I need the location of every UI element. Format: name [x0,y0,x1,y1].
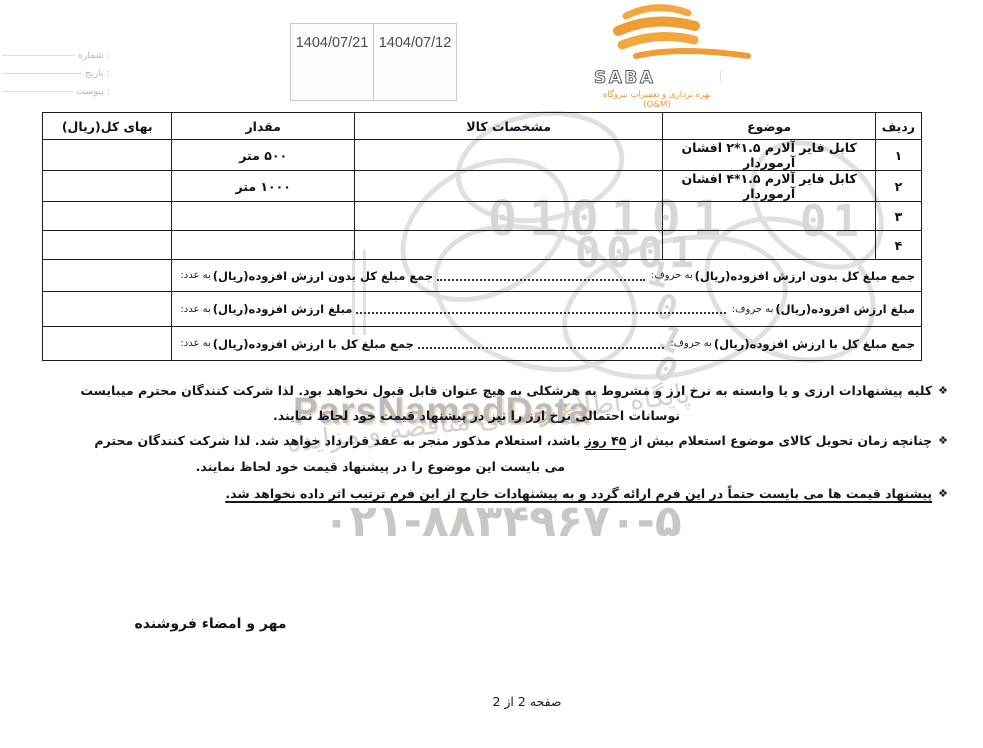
summary-label-digits: جمع مبلغ کل با ارزش افزوده(ریال) [213,337,414,351]
summary-label-words: جمع مبلغ کل با ارزش افزوده(ریال) [714,337,915,351]
col-header-specs: مشخصات کالا [354,113,662,140]
items-table: ردیف موضوع مشخصات کالا مقدار بهای کل(ریا… [42,112,922,361]
summary-row-total-without-vat: جمع مبلغ کل بدون ارزش افزوده(ریال) به حر… [43,260,922,292]
summary-amount-cell [43,327,172,361]
row-number-cell: ۴ [875,231,921,260]
specs-cell [354,140,662,171]
attachment-label: پیوست : [76,86,110,97]
saba-logo-swirl-icon [593,0,760,62]
subject-cell: کابل فایر آلارم ۱.۵*۲ افشان آرموردار [663,140,875,171]
row-number-cell: ۳ [875,202,921,231]
col-header-subject: موضوع [663,113,875,140]
summary-label-words: جمع مبلغ کل بدون ارزش افزوده(ریال) [695,269,915,283]
subject-cell: کابل فایر آلارم ۱.۵*۴ افشان آرموردار [663,171,875,202]
number-label: شماره : [78,50,110,61]
summary-words-suffix: به حروف: [651,270,693,281]
summary-amount-cell [43,260,172,292]
note-currency-line1: ❖کلیه پیشنهادات ارزی و یا وابسته به نرخ … [140,381,948,402]
specs-cell [354,171,662,202]
dotted-leader [356,312,725,314]
summary-row-vat: مبلغ ارزش افزوده(ریال) به حروف: مبلغ ارز… [43,292,922,327]
total-price-cell [43,202,172,231]
col-header-quantity: مقدار [172,113,355,140]
note-delivery-line2: می بایست این موضوع را در پیشنهاد قیمت خو… [285,457,565,477]
summary-words-suffix: به حروف: [732,304,774,315]
diamond-bullet-icon: ❖ [938,487,948,500]
table-row: ۱ کابل فایر آلارم ۱.۵*۲ افشان آرموردار ۵… [43,140,922,171]
summary-digits-suffix: به عدد: [180,338,210,349]
saba-brand-text: SABA صبـــا [593,66,721,88]
note-text: نوسانات احتمالی نرخ ارز را نیز در پیشنها… [273,408,680,423]
meta-row-date: تاریخ : [2,64,110,82]
quantity-cell [172,202,355,231]
note-underlined-days: ۴۵ روز [585,433,627,450]
note-delivery-line1: ❖چنانچه زمان تحویل کالای موضوع استعلام ب… [105,431,948,452]
summary-row-total-with-vat: جمع مبلغ کل با ارزش افزوده(ریال) به حروف… [43,327,922,361]
meta-line [2,73,82,74]
summary-label-digits: مبلغ ارزش افزوده(ریال) [213,302,353,316]
note-text: چنانچه زمان تحویل کالای موضوع استعلام بی… [626,433,932,448]
subject-cell [663,231,875,260]
quantity-cell [172,231,355,260]
note-text: می بایست این موضوع را در پیشنهاد قیمت خو… [196,459,565,474]
summary-cell: جمع مبلغ کل بدون ارزش افزوده(ریال) به حر… [172,260,922,292]
summary-amount-cell [43,292,172,327]
col-header-total-price: بهای کل(ریال) [43,113,172,140]
logo-tagline: بهره برداری و تعمیرات نیروگاه (O&M) [593,90,721,110]
date-box: 1404/07/21 1404/07/12 [290,23,457,101]
col-header-row-number: ردیف [875,113,921,140]
brand-farsi: صبـــا [720,69,721,87]
summary-digits-suffix: به عدد: [180,304,210,315]
meta-row-number: شماره : [2,46,110,64]
summary-words-suffix: به حروف: [670,338,712,349]
specs-cell [354,231,662,260]
summary-label-digits: جمع مبلغ کل بدون ارزش افزوده(ریال) [213,269,433,283]
saba-logo: SABA صبـــا بهره برداری و تعمیرات نیروگا… [593,0,763,110]
total-price-cell [43,231,172,260]
row-number-cell: ۲ [875,171,921,202]
page-number: صفحه 2 از 2 [452,694,602,709]
table-row: ۴ [43,231,922,260]
table-header-row: ردیف موضوع مشخصات کالا مقدار بهای کل(ریا… [43,113,922,140]
note-text: باشد، استعلام مذکور منجر به عقد قرارداد … [94,433,584,448]
meta-row-attachment: پیوست : [2,82,110,100]
meta-line [2,91,73,92]
note-form-required: ❖پیشنهاد قیمت ها می بایست حتماً در این ف… [195,484,948,505]
total-price-cell [43,140,172,171]
dotted-leader [437,279,645,281]
summary-label-words: مبلغ ارزش افزوده(ریال) [775,302,915,316]
note-text: پیشنهاد قیمت ها می بایست حتماً در این فر… [225,486,932,501]
total-price-cell [43,171,172,202]
brand-latin: SABA [594,68,656,88]
date-label: تاریخ : [85,68,110,79]
note-text: کلیه پیشنهادات ارزی و یا وابسته به نرخ ا… [80,383,932,398]
date-cell-right: 1404/07/12 [374,24,456,100]
dotted-leader [418,347,664,349]
quantity-cell: ۵۰۰ متر [172,140,355,171]
diamond-bullet-icon: ❖ [938,434,948,447]
subject-cell [663,202,875,231]
date-cell-left: 1404/07/21 [291,24,374,100]
table-row: ۲ کابل فایر آلارم ۱.۵*۴ افشان آرموردار ۱… [43,171,922,202]
specs-cell [354,202,662,231]
summary-cell: مبلغ ارزش افزوده(ریال) به حروف: مبلغ ارز… [172,292,922,327]
quantity-cell: ۱۰۰۰ متر [172,171,355,202]
seller-signature-label: مهر و امضاء فروشنده [128,616,293,632]
meta-line [2,55,75,56]
note-currency-line2: نوسانات احتمالی نرخ ارز را نیز در پیشنها… [340,406,680,426]
row-number-cell: ۱ [875,140,921,171]
summary-digits-suffix: به عدد: [180,270,210,281]
table-row: ۳ [43,202,922,231]
meta-block: شماره : تاریخ : پیوست : [2,46,110,100]
diamond-bullet-icon: ❖ [938,384,948,397]
summary-cell: جمع مبلغ کل با ارزش افزوده(ریال) به حروف… [172,327,922,361]
